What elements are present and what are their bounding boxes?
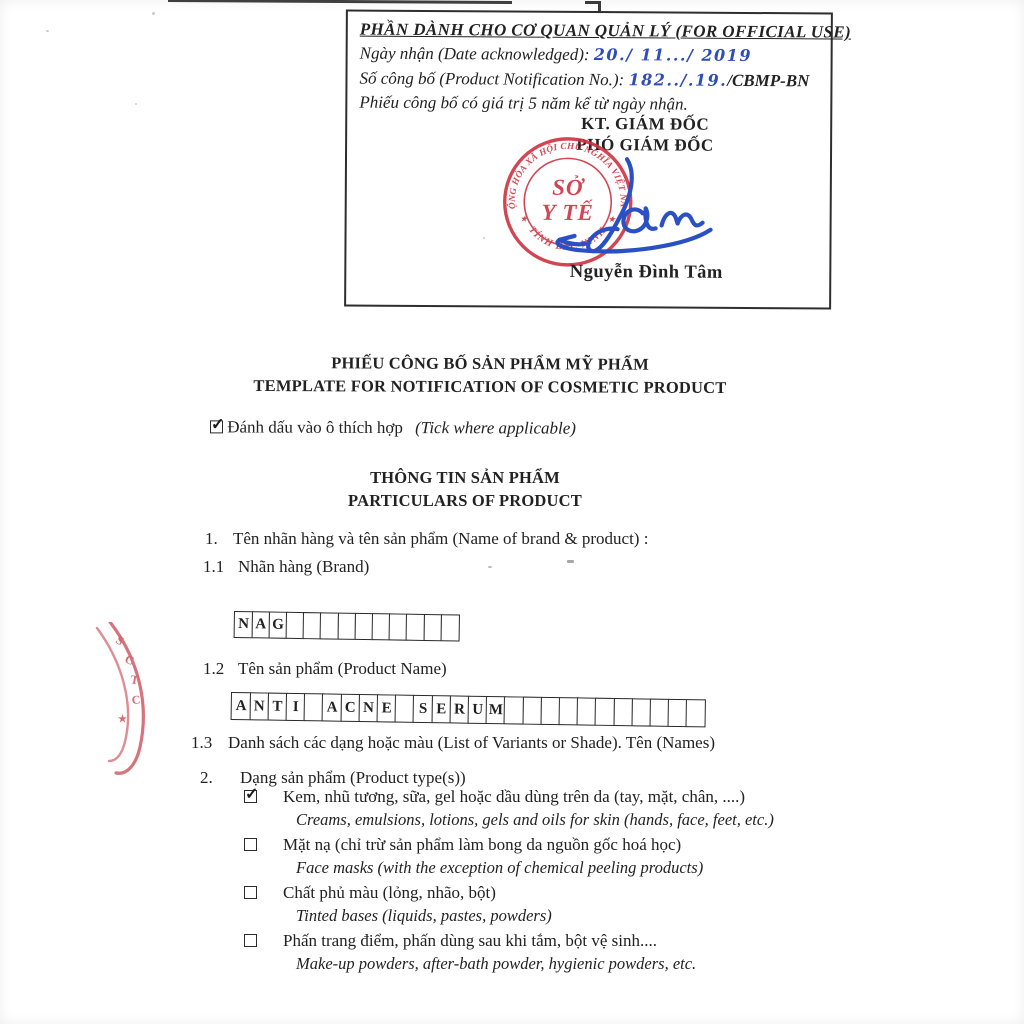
date-acknowledged-label: Ngày nhận (Date acknowledged): (360, 44, 590, 64)
signer-name: Nguyễn Đình Tâm (496, 259, 796, 285)
product-letter-cell (668, 699, 688, 727)
product-type-row: Chất phủ màu (lỏng, nhão, bột) Tinted ba… (243, 882, 883, 927)
item-1-3: 1.3Danh sách các dạng hoặc màu (List of … (191, 733, 715, 753)
product-letter-cell: A (322, 693, 342, 721)
product-letter-cell (395, 695, 415, 723)
product-name-letter-boxes: ANTIACNESERUM (233, 692, 707, 727)
notification-number-label: Số công bố (Product Notification No.): (359, 68, 624, 89)
product-letter-cell: A (231, 692, 251, 720)
item-1-1-text: Nhãn hàng (Brand) (238, 557, 369, 576)
scan-speck (567, 560, 574, 563)
document-title-en: TEMPLATE FOR NOTIFICATION OF COSMETIC PR… (230, 374, 750, 399)
product-type-label-en: Face masks (with the exception of chemic… (296, 857, 883, 878)
product-letter-cell (540, 697, 560, 725)
item-1-3-text: Danh sách các dạng hoặc màu (List of Var… (228, 733, 715, 752)
product-type-row: Kem, nhũ tương, sữa, gel hoặc dầu dùng t… (243, 786, 883, 831)
item-1-3-number: 1.3 (191, 733, 228, 753)
document-title-vi: PHIẾU CÔNG BỐ SẢN PHẨM MỸ PHẨM (230, 351, 750, 376)
product-type-label-vi: Mặt nạ (chỉ trừ sản phẩm làm bong da ngu… (283, 834, 883, 856)
product-letter-cell: N (358, 694, 378, 722)
tick-note-checkbox[interactable] (210, 420, 223, 433)
item-1-number: 1. (205, 529, 233, 549)
product-letter-cell: M (486, 696, 506, 724)
product-type-list: Kem, nhũ tương, sữa, gel hoặc dầu dùng t… (243, 786, 883, 978)
product-letter-cell: S (413, 695, 433, 723)
scan-speck (135, 103, 137, 105)
side-stamp-letter: C (131, 692, 141, 707)
product-type-label-vi: Kem, nhũ tương, sữa, gel hoặc dầu dùng t… (283, 786, 883, 808)
scan-speck (46, 30, 49, 32)
product-type-checkbox[interactable] (244, 790, 257, 803)
product-type-row: Phấn trang điểm, phấn dùng sau khi tắm, … (243, 930, 883, 975)
scan-artifact-line (168, 0, 512, 4)
official-box-title: PHẦN DÀNH CHO CƠ QUAN QUẢN LÝ (FOR OFFIC… (360, 19, 821, 44)
scan-speck (488, 566, 492, 568)
product-type-label-en: Creams, emulsions, lotions, gels and oil… (296, 809, 883, 830)
item-1-1-number: 1.1 (203, 557, 238, 577)
product-letter-cell (650, 699, 670, 727)
product-letter-cell: E (377, 694, 397, 722)
document-title: PHIẾU CÔNG BỐ SẢN PHẨM MỸ PHẨM TEMPLATE … (230, 351, 750, 399)
product-type-checkbox[interactable] (244, 886, 257, 899)
side-partial-stamp: S C T C ★ (82, 622, 177, 787)
product-letter-cell (504, 696, 524, 724)
product-letter-cell (613, 698, 633, 726)
product-letter-cell: I (286, 693, 306, 721)
section-heading-vi: THÔNG TIN SẢN PHẨM (225, 466, 705, 489)
scan-speck (152, 12, 155, 15)
product-type-checkbox[interactable] (244, 934, 257, 947)
product-type-label-en: Make-up powders, after-bath powder, hygi… (296, 953, 883, 974)
product-letter-cell: U (468, 696, 488, 724)
brand-letter-boxes: NAG (236, 611, 460, 642)
section-heading: THÔNG TIN SẢN PHẨM PARTICULARS OF PRODUC… (225, 466, 705, 512)
product-letter-cell (522, 697, 542, 725)
official-use-box: PHẦN DÀNH CHO CƠ QUAN QUẢN LÝ (FOR OFFIC… (344, 10, 833, 310)
product-letter-cell: C (340, 694, 360, 722)
product-letter-cell (686, 699, 706, 727)
item-1-2-number: 1.2 (203, 659, 238, 679)
product-letter-cell (595, 698, 615, 726)
product-letter-cell: N (249, 692, 269, 720)
date-acknowledged-line: Ngày nhận (Date acknowledged): 20./ 11..… (360, 43, 821, 68)
item-1-2-text: Tên sản phẩm (Product Name) (238, 659, 447, 678)
tick-note-label-en: (Tick where applicable) (415, 418, 576, 438)
notification-number-suffix: /CBMP-BN (727, 71, 809, 91)
item-2: 2.Dạng sản phẩm (Product type(s)) (200, 768, 466, 788)
scanned-document-page: PHẦN DÀNH CHO CƠ QUAN QUẢN LÝ (FOR OFFIC… (0, 0, 1024, 1024)
product-letter-cell (559, 697, 579, 725)
product-letter-cell (631, 698, 651, 726)
brand-letter-cell (440, 614, 459, 641)
product-type-checkbox[interactable] (244, 838, 257, 851)
notification-number-value-handwritten: 182../.19. (628, 70, 727, 90)
item-1-1: 1.1Nhãn hàng (Brand) (203, 557, 369, 577)
product-letter-cell: R (449, 695, 469, 723)
item-1: 1.Tên nhãn hàng và tên sản phẩm (Name of… (205, 529, 648, 549)
item-2-number: 2. (200, 768, 240, 788)
date-acknowledged-value-handwritten: 20./ 11.../ 2019 (594, 45, 752, 65)
side-stamp-letter: T (129, 672, 139, 687)
side-stamp-star: ★ (118, 714, 127, 725)
tick-note-line: Đánh dấu vào ô thích hợp (Tick where app… (210, 417, 576, 438)
product-type-row: Mặt nạ (chỉ trừ sản phẩm làm bong da ngu… (243, 834, 883, 879)
product-type-label-vi: Phấn trang điểm, phấn dùng sau khi tắm, … (283, 930, 883, 952)
notification-number-line: Số công bố (Product Notification No.): 1… (359, 67, 820, 92)
product-type-label-vi: Chất phủ màu (lỏng, nhão, bột) (283, 882, 883, 904)
section-heading-en: PARTICULARS OF PRODUCT (225, 489, 705, 512)
product-letter-cell (304, 693, 324, 721)
item-2-text: Dạng sản phẩm (Product type(s)) (240, 768, 466, 787)
item-1-text: Tên nhãn hàng và tên sản phẩm (Name of b… (233, 529, 648, 548)
product-letter-cell: E (431, 695, 451, 723)
product-type-label-en: Tinted bases (liquids, pastes, powders) (296, 905, 883, 926)
product-letter-cell: T (267, 693, 287, 721)
item-1-2: 1.2Tên sản phẩm (Product Name) (203, 659, 447, 679)
tick-note-label-vi: Đánh dấu vào ô thích hợp (227, 417, 403, 437)
product-letter-cell (577, 697, 597, 725)
